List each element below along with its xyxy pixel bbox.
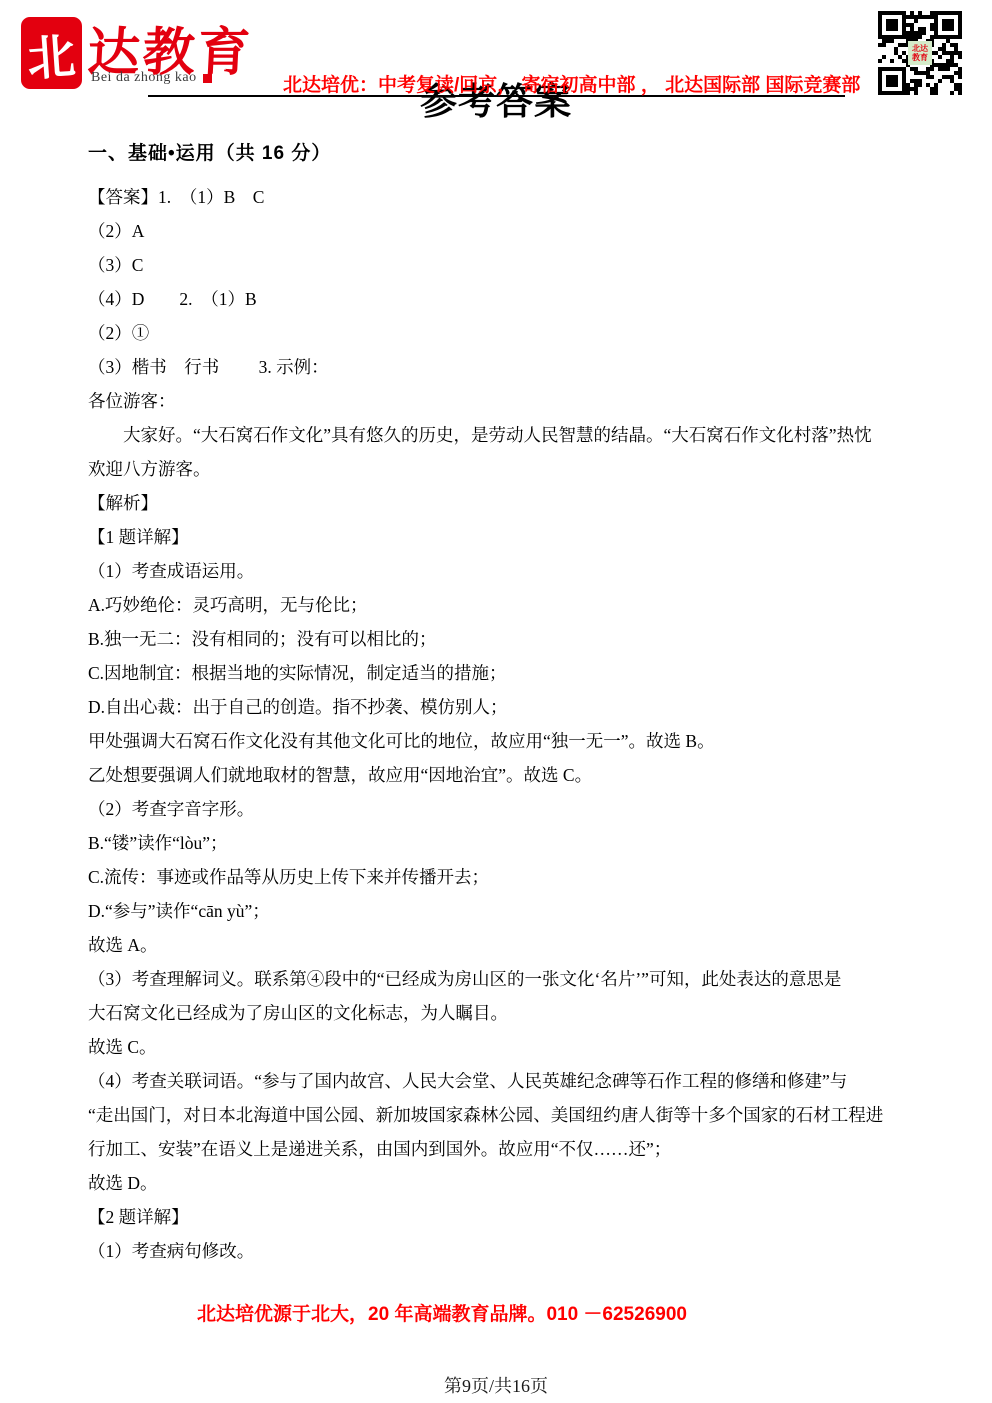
qr-center-label: 北达 教育 (908, 41, 932, 65)
document-line: （4）D 2. （1）B (88, 282, 924, 316)
document-line: B.独一无二：没有相同的；没有可以相比的； (88, 622, 924, 656)
document-line: 大石窝文化已经成为了房山区的文化标志，为人瞩目。 (88, 996, 924, 1030)
document-line: （3）楷书 行书 3. 示例： (88, 350, 924, 384)
document-line: 各位游客： (88, 384, 924, 418)
document-line: （3）C (88, 248, 924, 282)
document-line: 欢迎八方游客。 (88, 452, 924, 486)
document-line: 故选 C。 (88, 1030, 924, 1064)
document-line: 故选 A。 (88, 928, 924, 962)
document-line: D.“参与”读作“cān yù”； (88, 894, 924, 928)
document-line: 甲处强调大石窝石作文化没有其他文化可比的地位，故应用“独一无一”。故选 B。 (88, 724, 924, 758)
document-line: “走出国门，对日本北海道中国公园、新加坡国家森林公园、美国纽约唐人街等十多个国家… (88, 1098, 924, 1132)
promo-line: 北达培优源于北大，20 年高端教育品牌。010 －62526900 (0, 1299, 884, 1326)
document-body: 一、基础•运用（共 16 分） 【答案】1. （1）B C（2）A（3）C（4）… (88, 141, 924, 1268)
document-line: B.“镂”读作“lòu”； (88, 826, 924, 860)
page-number: 第9页/共16页 (0, 1372, 992, 1398)
qr-label-line1: 北达 (912, 44, 928, 53)
qr-label-line2: 教育 (912, 53, 928, 62)
document-line: 行加工、安装”在语义上是递进关系，由国内到国外。故应用“不仅……还”； (88, 1132, 924, 1166)
document-line: （1）考查成语运用。 (88, 554, 924, 588)
document-line: （2）考查字音字形。 (88, 792, 924, 826)
document-line: C.因地制宜：根据当地的实际情况，制定适当的措施； (88, 656, 924, 690)
document-line: 【答案】1. （1）B C (88, 180, 924, 214)
document-line: 【解析】 (88, 486, 924, 520)
document-line: 【2 题详解】 (88, 1200, 924, 1234)
document-line: （4）考查关联词语。“参与了国内故宫、人民大会堂、人民英雄纪念碑等石作工程的修缮… (88, 1064, 924, 1098)
document-line: 乙处想要强调人们就地取材的智慧，故应用“因地治宜”。故选 C。 (88, 758, 924, 792)
header-slogan: 北达培优：中考复读/回京， 寄宿初高中部 ， 北达国际部 国际竞赛部 (283, 70, 860, 97)
section-heading: 一、基础•运用（共 16 分） (88, 141, 924, 167)
document-lines: 【答案】1. （1）B C（2）A（3）C（4）D 2. （1）B（2）①（3）… (88, 180, 924, 1268)
document-line: （3）考查理解词义。联系第④段中的“已经成为房山区的一张文化‘名片’”可知，此处… (88, 962, 924, 996)
document-line: D.自出心裁：出于自己的创造。指不抄袭、模仿别人； (88, 690, 924, 724)
document-line: 大家好。“大石窝石作文化”具有悠久的历史，是劳动人民智慧的结晶。“大石窝石作文化… (88, 418, 924, 452)
document-line: （2）A (88, 214, 924, 248)
document-line: C.流传：事迹或作品等从历史上传下来并传播开去； (88, 860, 924, 894)
document-line: （1）考查病句修改。 (88, 1234, 924, 1268)
document-line: A.巧妙绝伦：灵巧高明，无与伦比； (88, 588, 924, 622)
document-page: 北 达教育 Bei da zhong kao 参考答案 北达培优：中考复读/回京… (0, 0, 992, 1403)
document-line: （2）① (88, 316, 924, 350)
document-line: 【1 题详解】 (88, 520, 924, 554)
document-line: 故选 D。 (88, 1166, 924, 1200)
